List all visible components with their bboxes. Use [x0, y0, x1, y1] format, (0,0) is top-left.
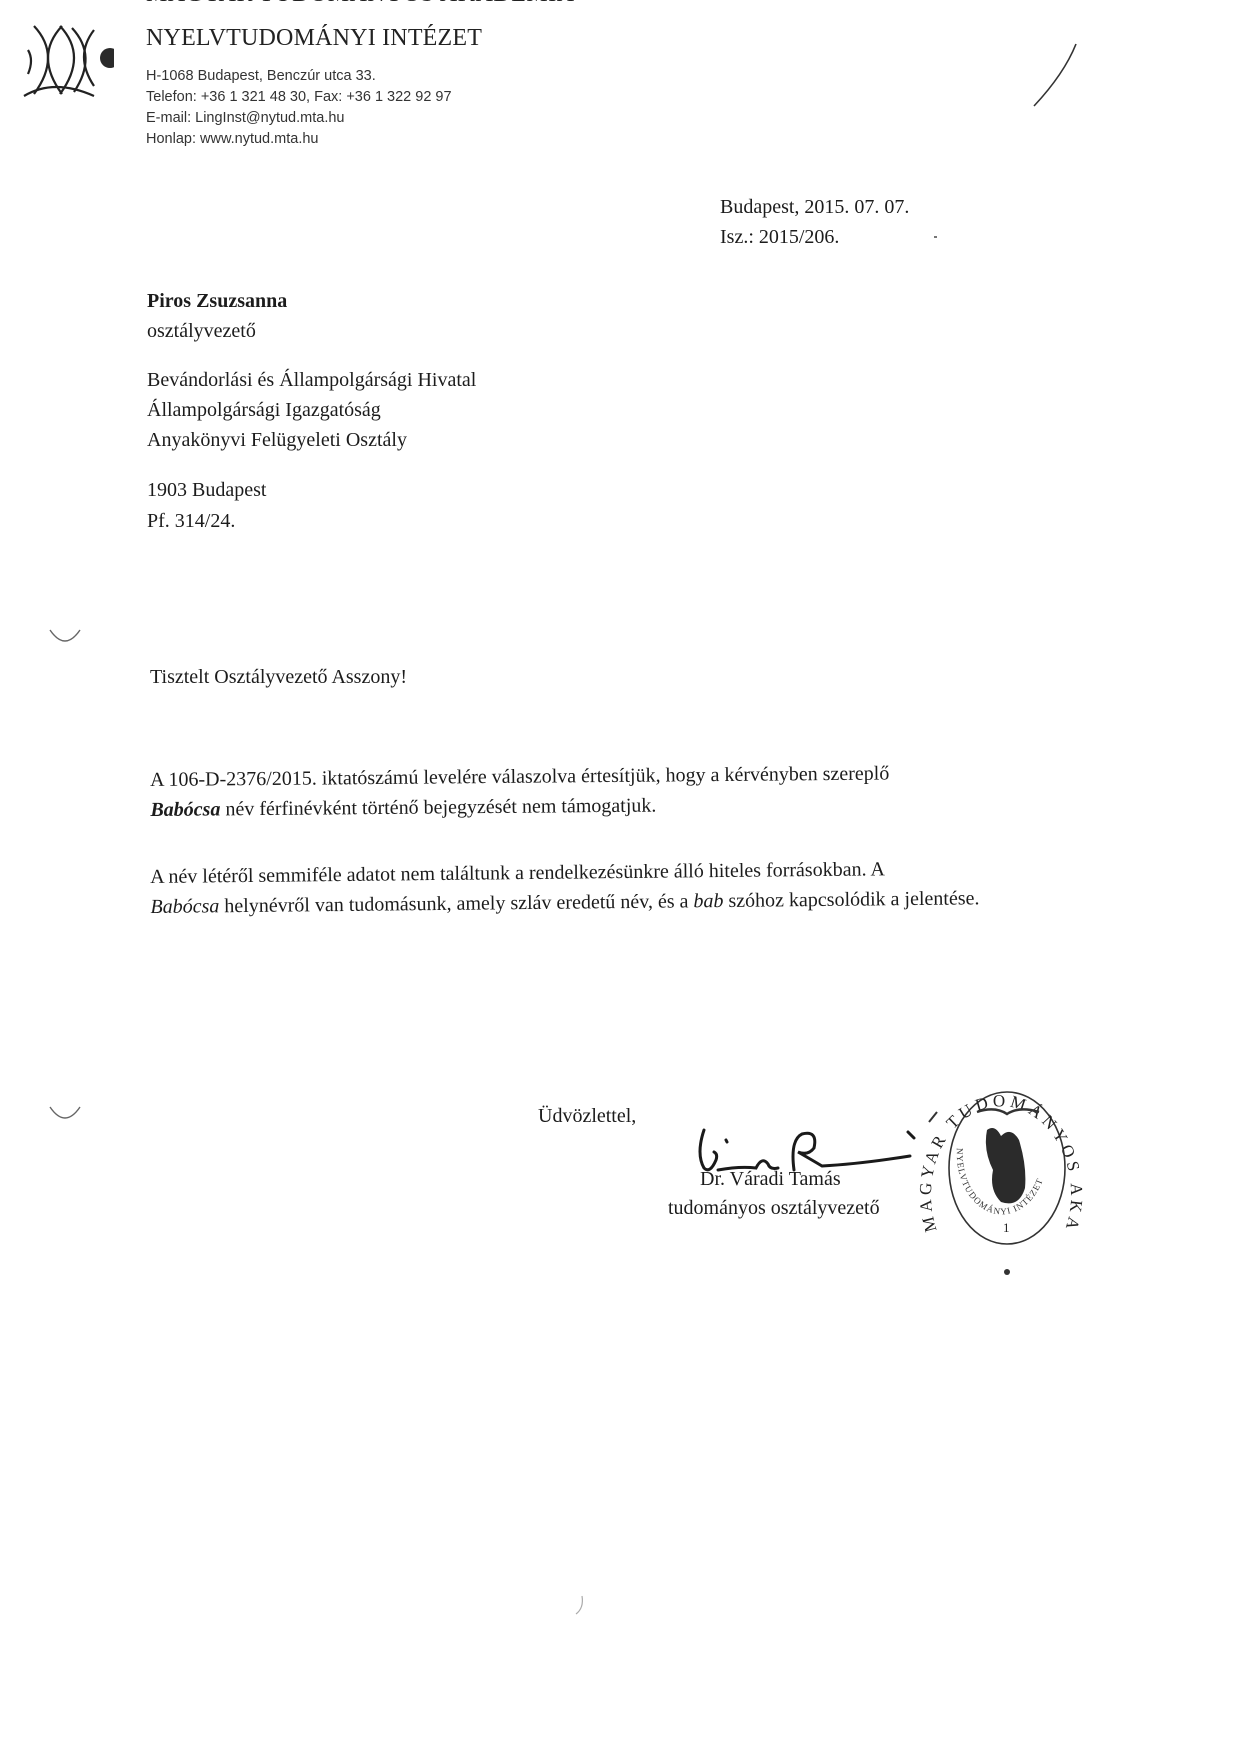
name-babocsa: Babócsa: [150, 798, 220, 821]
recipient-org-line: Anyakönyvi Felügyeleti Osztály: [147, 429, 407, 452]
signer-title: tudományos osztályvezető: [668, 1197, 880, 1220]
letter-date: Budapest, 2015. 07. 07.: [720, 196, 909, 219]
letterhead-institution: MAGYAR TUDOMÁNYOS AKADÉMIA: [146, 0, 575, 9]
name-babocsa: Babócsa: [150, 895, 219, 918]
letterhead-website: Honlap: www.nytud.mta.hu: [146, 131, 318, 147]
recipient-name: Piros Zsuzsanna: [147, 290, 287, 313]
pen-tick-mark-icon: [1030, 40, 1080, 110]
recipient-po-box: Pf. 314/24.: [147, 510, 235, 533]
punch-hole-mark-icon: [48, 1105, 82, 1123]
recipient-city: 1903 Budapest: [147, 479, 266, 502]
letterhead-email: E-mail: LingInst@nytud.mta.hu: [146, 110, 344, 126]
closing: Üdvözlettel,: [538, 1105, 636, 1128]
reference-number: Isz.: 2015/206.: [720, 226, 839, 249]
sound-waves-logo-icon: [14, 14, 114, 98]
word-bab: bab: [693, 890, 723, 912]
stray-mark: [572, 1592, 586, 1618]
paragraph-text: szóhoz kapcsolódik a jelentése.: [723, 887, 979, 912]
recipient-org-line: Állampolgársági Igazgatóság: [147, 399, 381, 422]
recipient-org-line: Bevándorlási és Állampolgársági Hivatal: [147, 369, 476, 392]
letterhead-phone-fax: Telefon: +36 1 321 48 30, Fax: +36 1 322…: [146, 89, 452, 105]
paragraph-text: A név létéről semmiféle adatot nem talál…: [150, 858, 885, 888]
letterhead-address: H-1068 Budapest, Benczúr utca 33.: [146, 68, 376, 84]
signer-name: Dr. Váradi Tamás: [700, 1168, 841, 1191]
stamp-number: 1: [1003, 1220, 1010, 1235]
institution-stamp: MAGYAR TUDOMÁNYOS AKADÉMIA NYELVTUDOMÁNY…: [915, 1040, 1085, 1290]
punch-hole-mark-icon: [48, 628, 82, 646]
paragraph-text: helynévről van tudomásunk, amely szláv e…: [219, 890, 693, 917]
body-paragraph: A név létéről semmiféle adatot nem talál…: [150, 853, 1031, 922]
letterhead-institute: NYELVTUDOMÁNYI INTÉZET: [146, 25, 482, 52]
body-paragraph: A 106-D-2376/2015. iktatószámú levelére …: [150, 757, 1030, 825]
paragraph-text: A 106-D-2376/2015. iktatószámú levelére …: [150, 763, 889, 791]
paragraph-text: név férfinévként történő bejegyzését nem…: [220, 795, 656, 821]
stray-mark: [934, 236, 937, 238]
recipient-title: osztályvezető: [147, 320, 256, 343]
salutation: Tisztelt Osztályvezető Asszony!: [150, 666, 407, 689]
